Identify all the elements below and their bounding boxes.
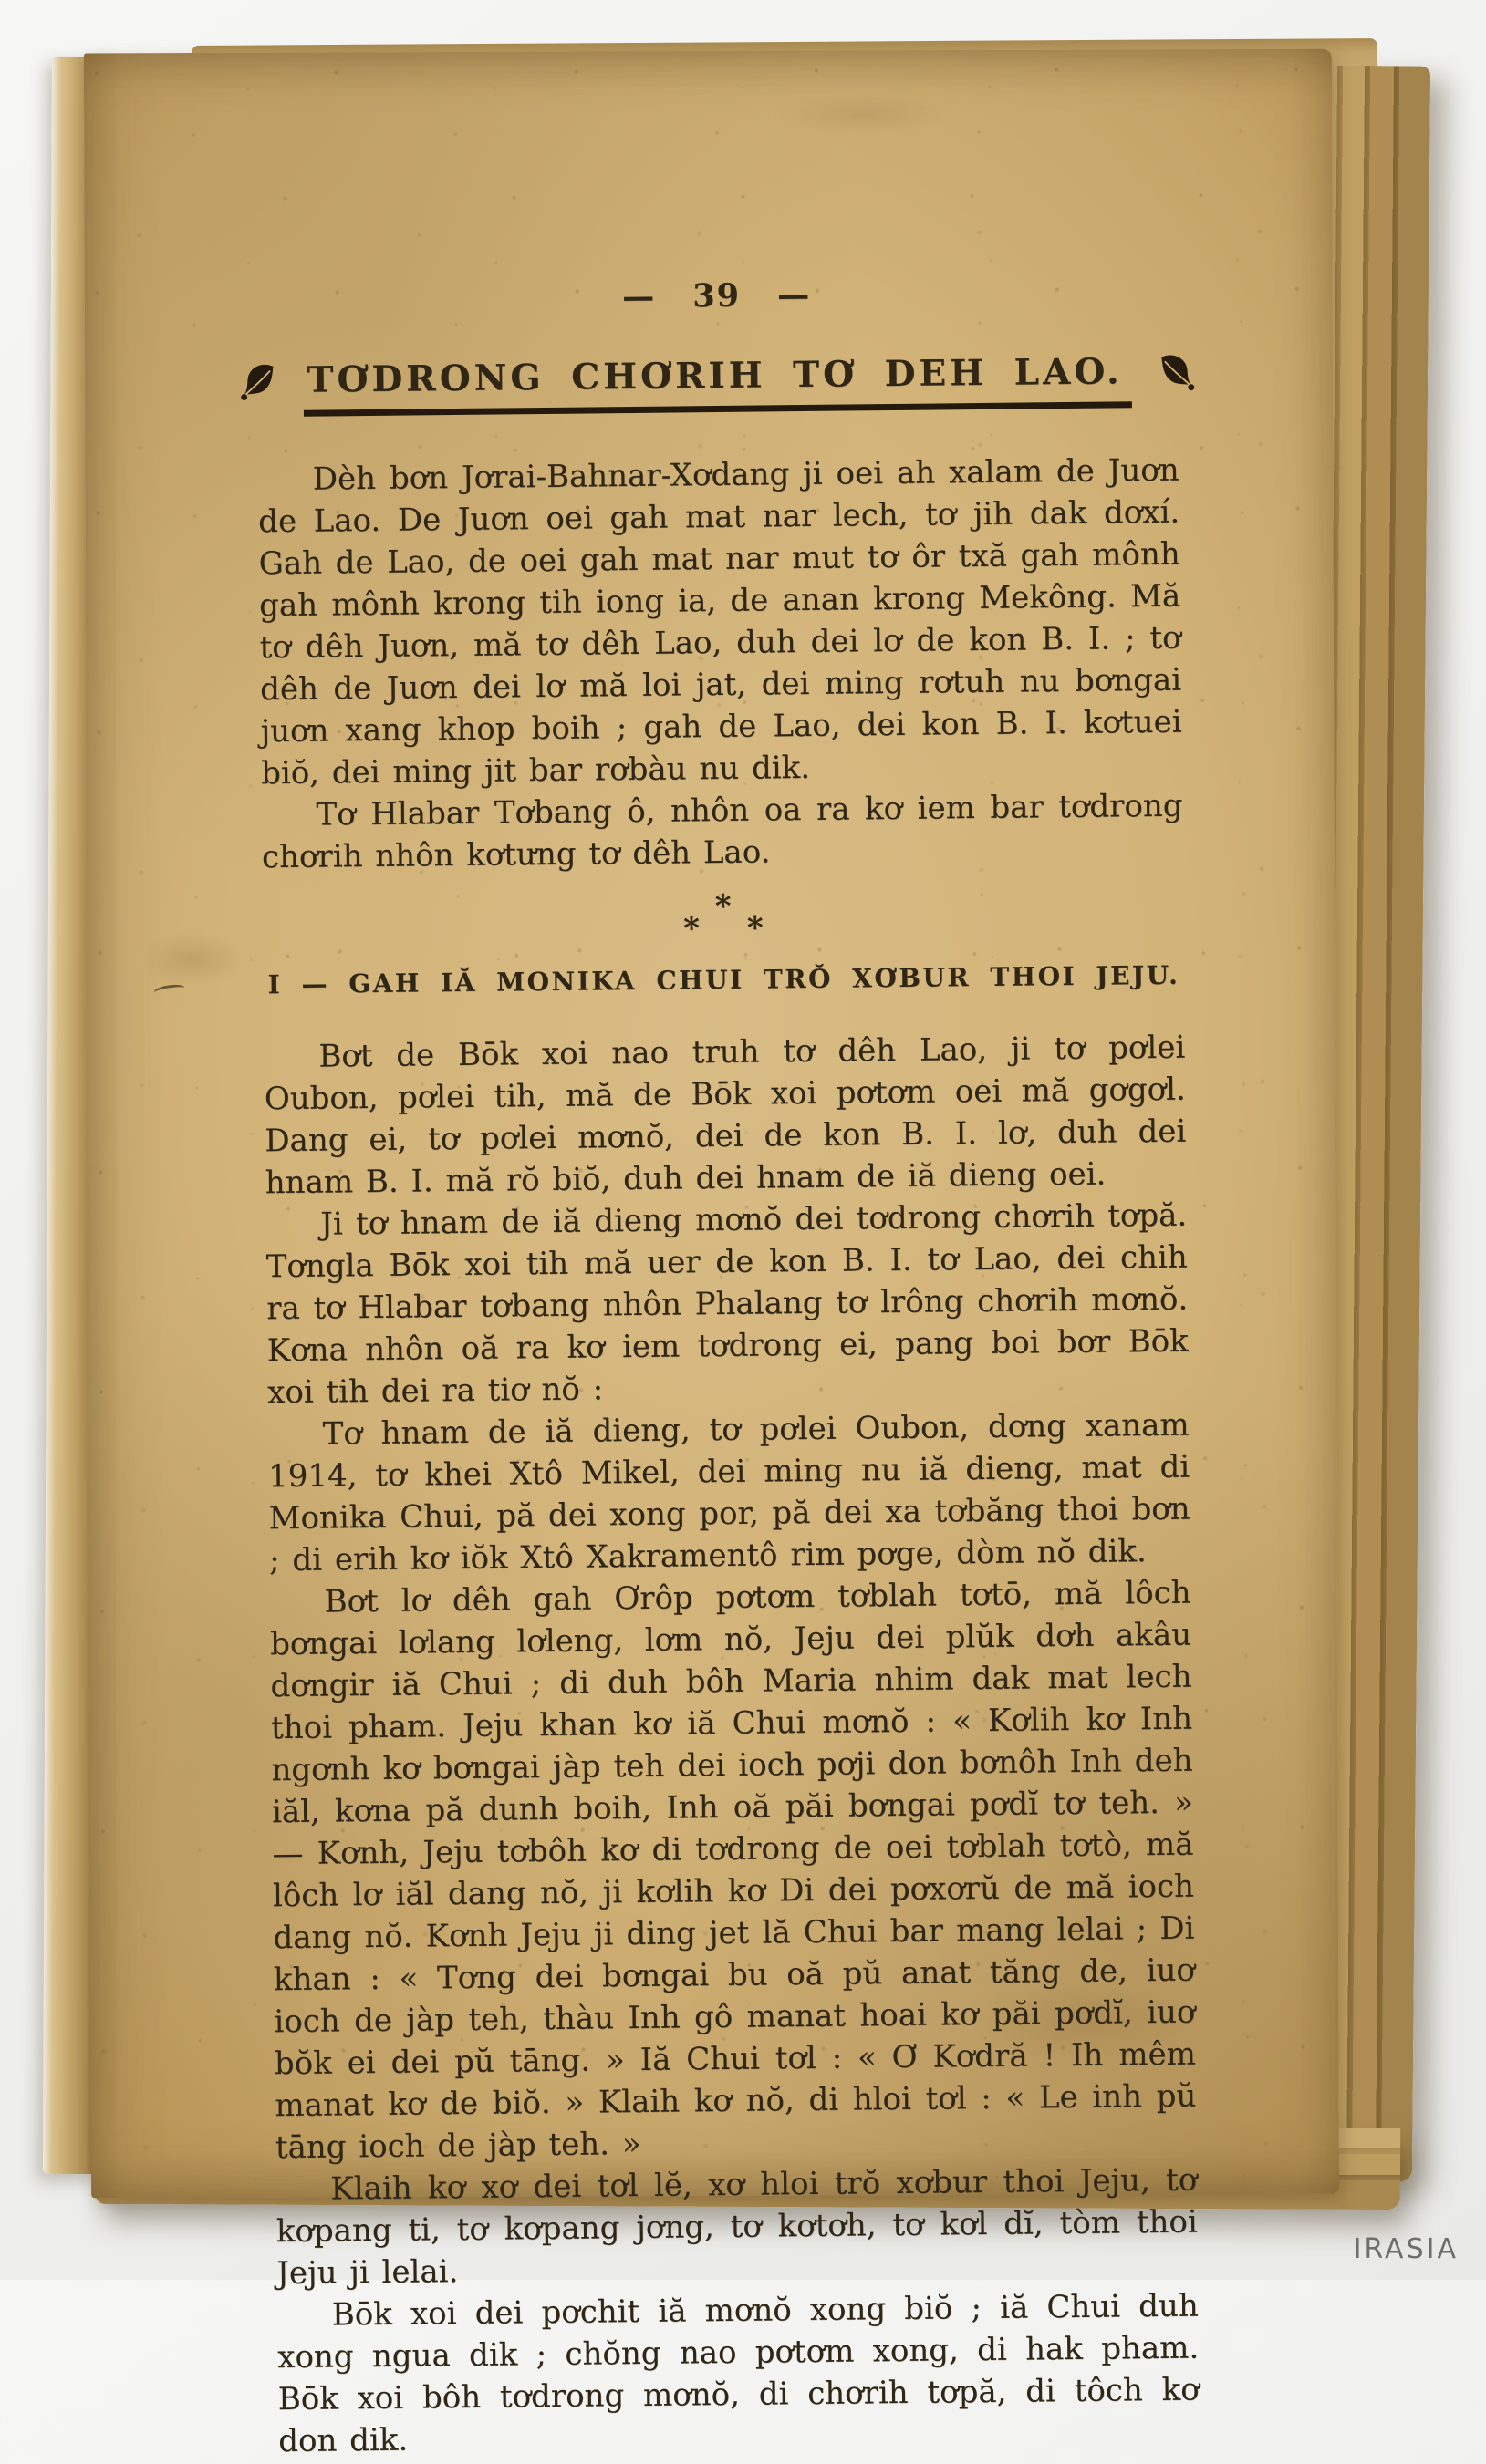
chapter-title-row: TƠDRONG CHƠRIH TƠ DEH LAO. bbox=[256, 350, 1179, 418]
paragraph: Dèh bơn Jơrai-Bahnar-Xơdang ji oei ah xa… bbox=[257, 450, 1182, 795]
chapter-title: TƠDRONG CHƠRIH TƠ DEH LAO. bbox=[303, 350, 1132, 417]
asterism-divider: * ** bbox=[263, 893, 1184, 947]
asterism-star: * bbox=[747, 910, 764, 947]
paragraph: Bơt de Bōk xoi nao truh tơ dêh Lao, ji t… bbox=[264, 1027, 1187, 1205]
paper-stain bbox=[770, 93, 952, 136]
paragraph: Ji tơ hnam de iă dieng mơnŏ dei tơdrong … bbox=[265, 1195, 1189, 1414]
section-heading: I — GAH IĂ MONIKA CHUI TRŎ XƠBUR THOI JE… bbox=[263, 960, 1184, 1000]
paragraph: Bơt lơ dêh gah Ơrôp pơtơm tơblah tơtō, m… bbox=[269, 1572, 1197, 2169]
book-leaf: — 39 — TƠDRONG CHƠRIH TƠ DEH LAO. Dèh bơ… bbox=[84, 49, 1339, 2199]
paper-stain bbox=[137, 932, 246, 987]
paragraph: Klaih kơ xơ dei tơl lĕ, xơ hloi trŏ xơbu… bbox=[275, 2159, 1198, 2280]
asterism-star: * bbox=[683, 910, 700, 947]
section-heading-text: I — GAH IĂ MONIKA CHUI TRŎ XƠBUR THOI JE… bbox=[267, 960, 1179, 999]
scanned-book-page: — 39 — TƠDRONG CHƠRIH TƠ DEH LAO. Dèh bơ… bbox=[0, 0, 1486, 2280]
stray-ink-mark bbox=[153, 983, 185, 998]
watermark-label: IRASIA bbox=[1354, 2233, 1459, 2265]
paragraph: Tơ hnam de iă dieng, tơ pơlei Oubon, dơn… bbox=[267, 1404, 1190, 1582]
fleuron-left-icon bbox=[237, 361, 279, 403]
paragraph: Tơ Hlabar Tơbang ô, nhôn oa ra kơ iem ba… bbox=[261, 785, 1183, 879]
page-number: — 39 — bbox=[255, 273, 1177, 320]
page-content: — 39 — TƠDRONG CHƠRIH TƠ DEH LAO. Dèh bơ… bbox=[255, 273, 1200, 2280]
fleuron-right-icon bbox=[1155, 351, 1197, 393]
